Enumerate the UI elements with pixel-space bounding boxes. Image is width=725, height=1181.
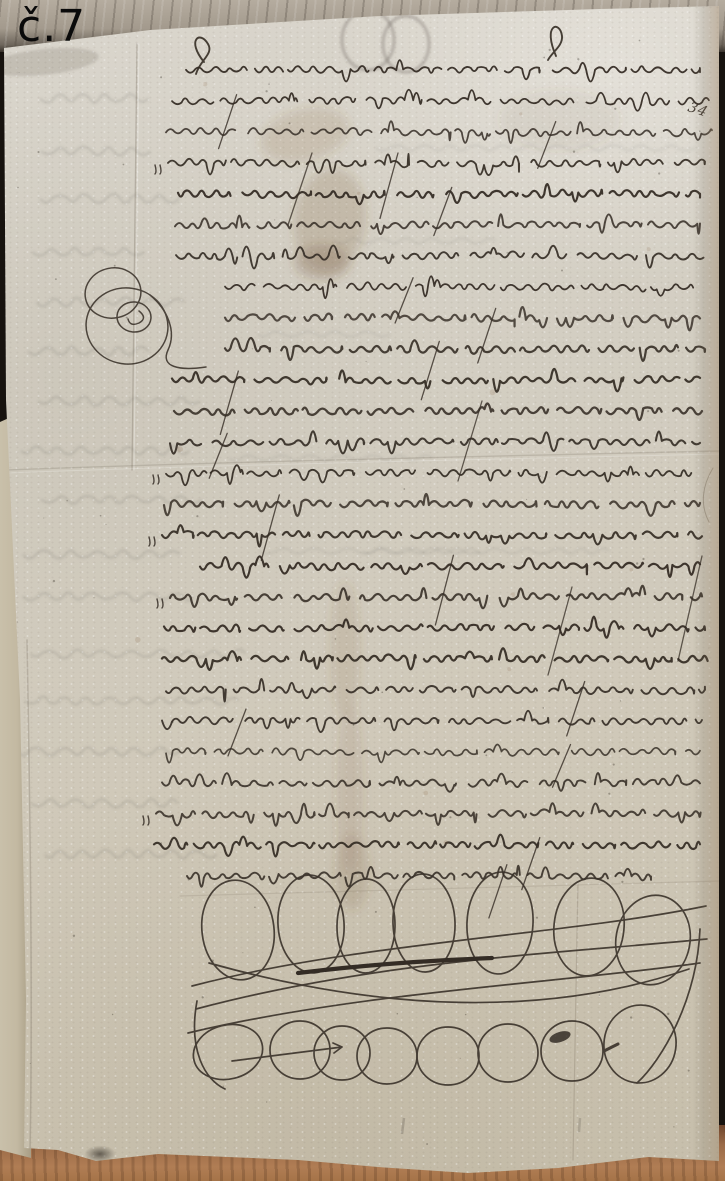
bottom-flourish [188, 870, 707, 1089]
ink-stains [255, 90, 620, 910]
manuscript-photo: 34 č.7 [0, 0, 725, 1181]
manuscript-page: 34 [0, 0, 725, 1181]
text-lines [143, 27, 712, 918]
handwriting-layer [0, 0, 725, 1181]
monogram-flourish [80, 263, 206, 370]
archival-number-label: č.7 [17, 2, 86, 53]
